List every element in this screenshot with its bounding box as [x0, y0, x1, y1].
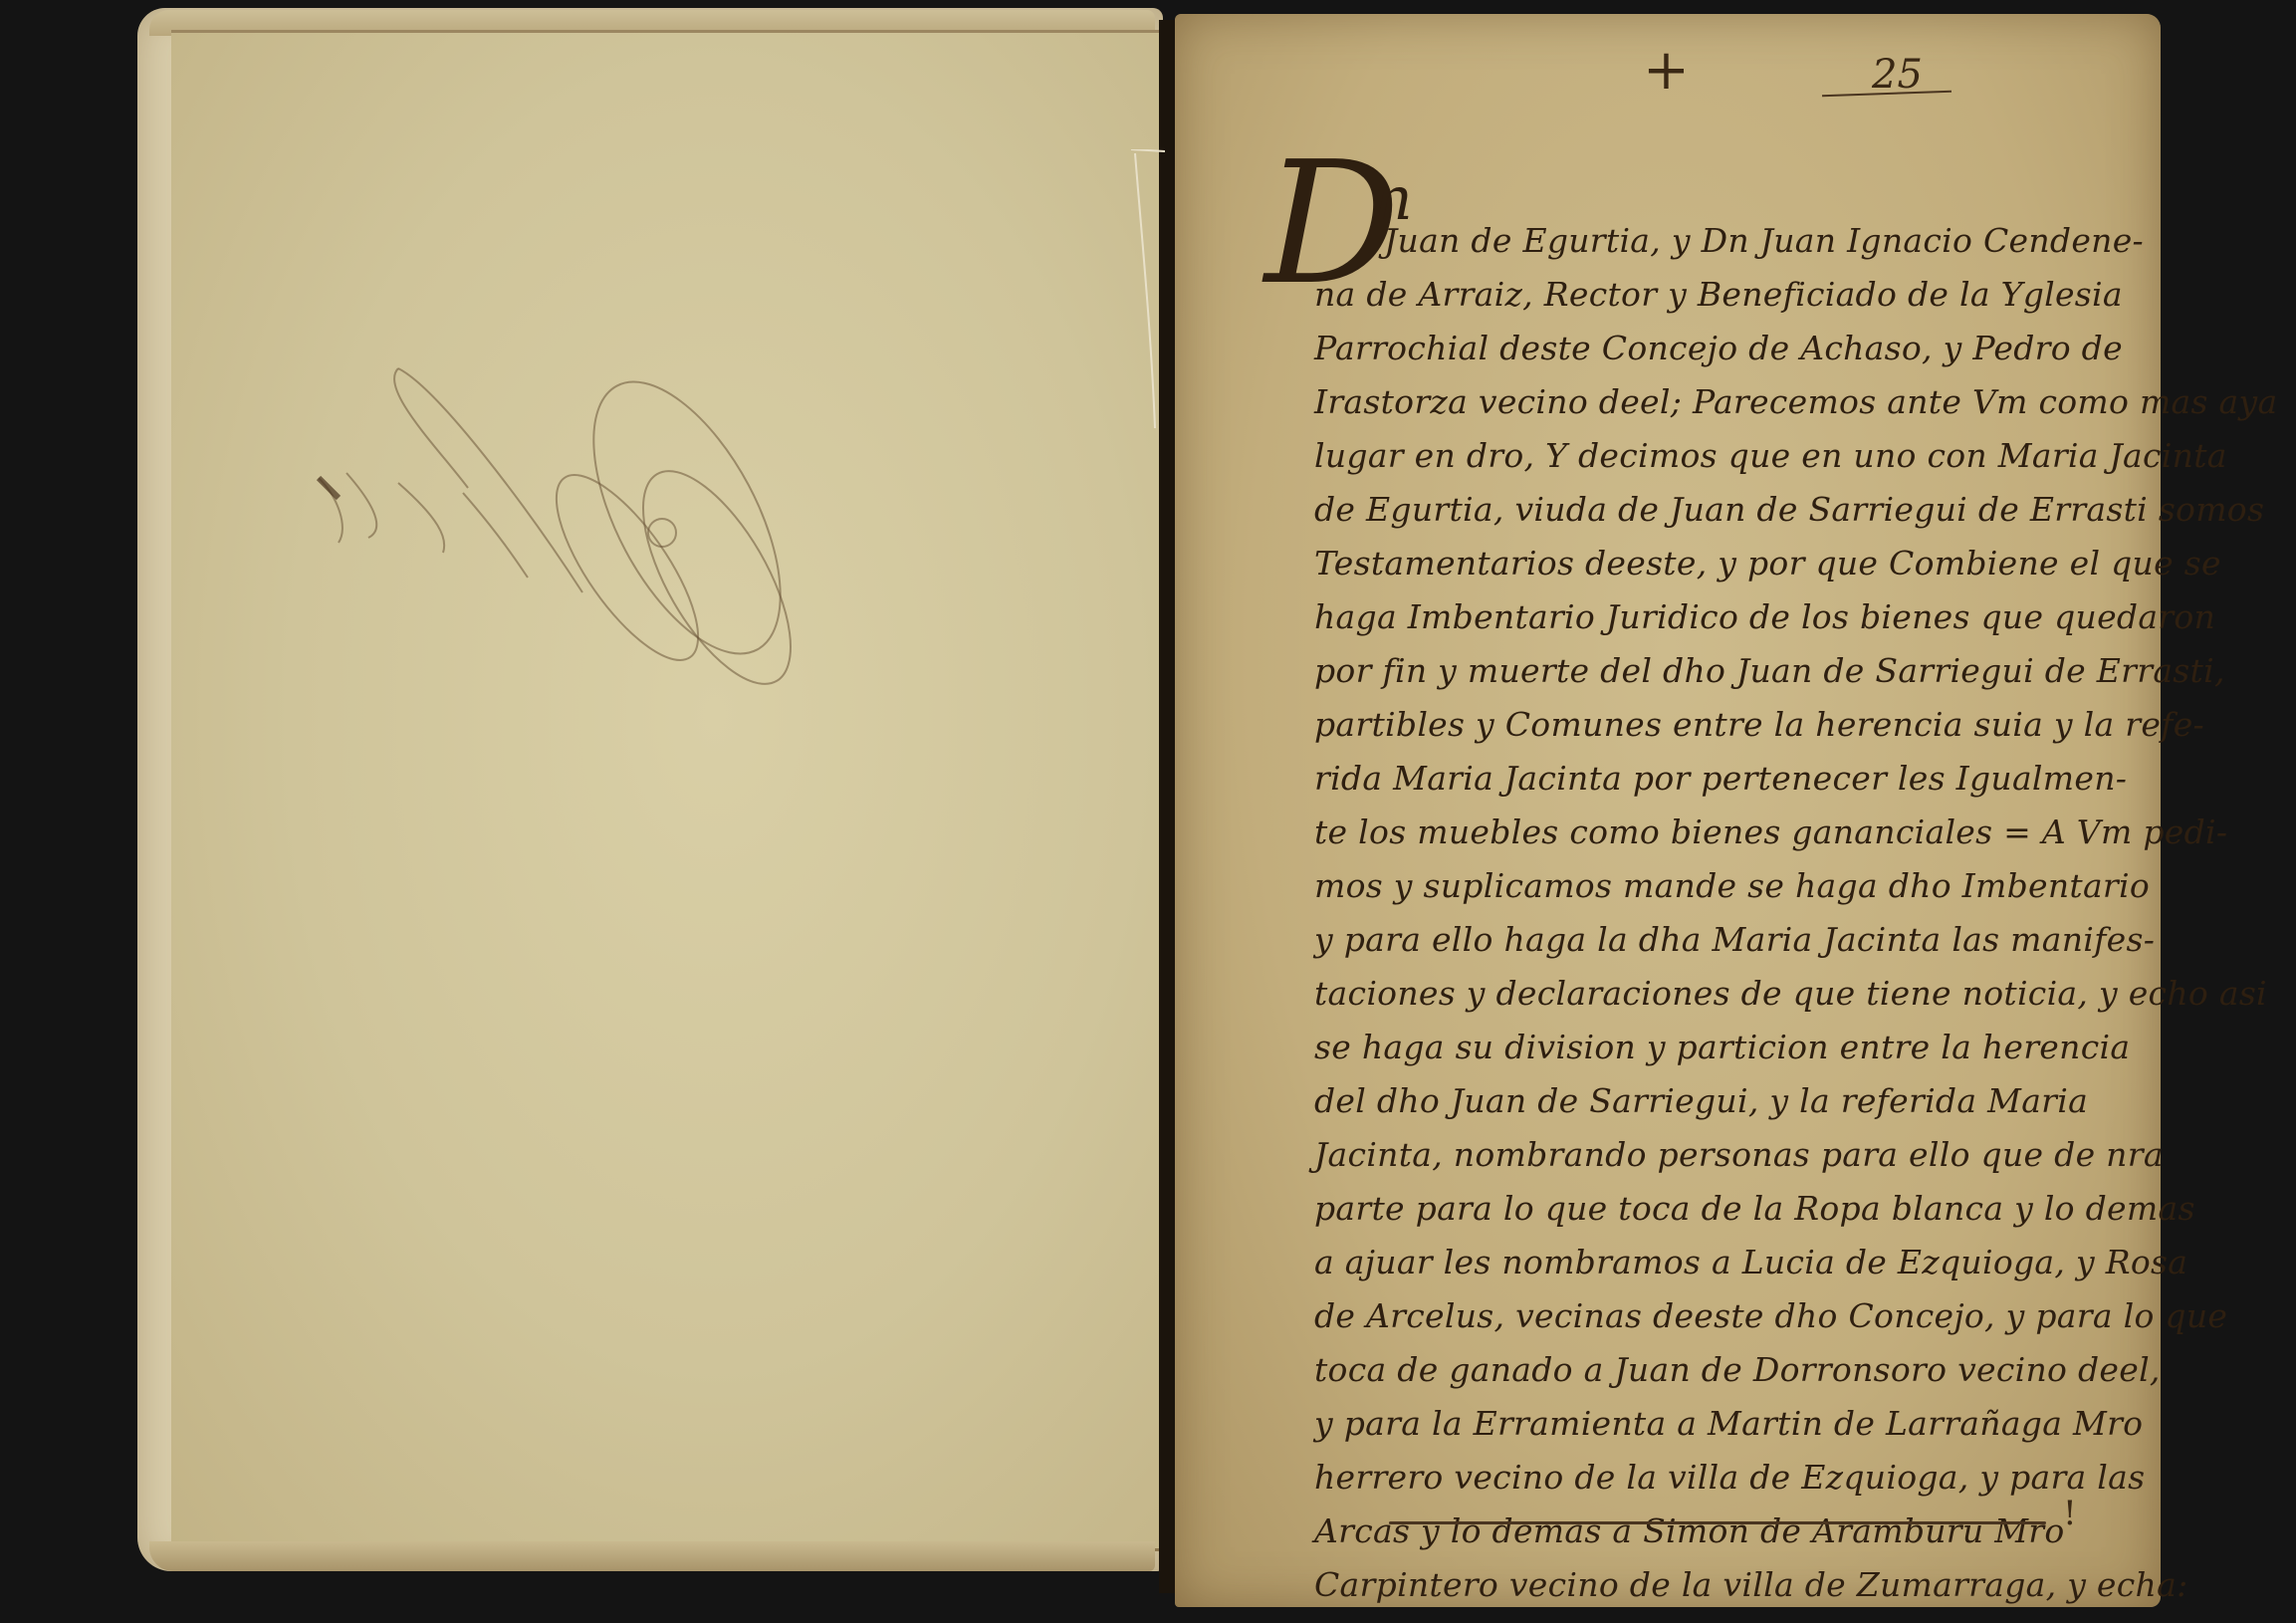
manuscript-line: haga Imbentario Juridico de los bienes q…	[1314, 597, 2215, 636]
manuscript-line: parte para lo que toca de la Ropa blanca…	[1314, 1189, 2195, 1228]
manuscript-line: Testamentarios deeste, y por que Combien…	[1314, 544, 2221, 582]
manuscript-line: del dho Juan de Sarriegui, y la referida…	[1314, 1081, 2088, 1120]
manuscript-line: se haga su division y particion entre la…	[1314, 1028, 2130, 1066]
closing-rule-line	[1389, 1521, 2046, 1524]
left-page-verso	[171, 30, 1160, 1551]
manuscript-line: te los muebles como bienes gananciales =…	[1314, 812, 2227, 851]
manuscript-line: partibles y Comunes entre la herencia su…	[1314, 705, 2204, 744]
manuscript-line: mos y suplicamos mande se haga dho Imben…	[1314, 866, 2150, 905]
manuscript-line: y para ello haga la dha Maria Jacinta la…	[1314, 920, 2155, 959]
manuscript-line: toca de ganado a Juan de Dorronsoro veci…	[1314, 1350, 2161, 1389]
bleed-through-signature-flourish	[299, 329, 1045, 727]
manuscript-line: Carpintero vecino de la villa de Zumarra…	[1314, 1565, 2188, 1604]
document-viewer: + 25 D n Juan de Egurtia, y Dn Juan Igna…	[0, 0, 2296, 1623]
manuscript-line: rida Maria Jacinta por pertenecer les Ig…	[1314, 759, 2127, 798]
manuscript-line: Parrochial deste Concejo de Achaso, y Pe…	[1314, 329, 2123, 367]
manuscript-line: Arcas y lo demas a Simon de Aramburu Mro	[1314, 1511, 2065, 1550]
manuscript-line: Juan de Egurtia, y Dn Juan Ignacio Cende…	[1384, 221, 2144, 260]
manuscript-line: a ajuar les nombramos a Lucia de Ezquiog…	[1314, 1243, 2187, 1281]
manuscript-line: de Egurtia, viuda de Juan de Sarriegui d…	[1314, 490, 2264, 529]
end-mark: !	[2063, 1494, 2077, 1533]
manuscript-line: Irastorza vecino deel; Parecemos ante Vm…	[1314, 382, 2277, 421]
manuscript-line: herrero vecino de la villa de Ezquioga, …	[1314, 1458, 2145, 1497]
left-page-deckle-bottom	[149, 1541, 1155, 1571]
manuscript-line: Jacinta, nombrando personas para ello qu…	[1314, 1135, 2164, 1174]
manuscript-line: de Arcelus, vecinas deeste dho Concejo, …	[1314, 1296, 2227, 1335]
manuscript-line: taciones y declaraciones de que tiene no…	[1314, 974, 2267, 1013]
manuscript-line: y para la Erramienta a Martin de Larraña…	[1314, 1404, 2143, 1443]
manuscript-line: lugar en dro, Y decimos que en uno con M…	[1314, 436, 2227, 475]
manuscript-line: por fin y muerte del dho Juan de Sarrieg…	[1314, 651, 2225, 690]
binding-thread	[1129, 149, 1169, 428]
manuscript-line: na de Arraiz, Rector y Beneficiado de la…	[1314, 275, 2123, 314]
header-cross-mark: +	[1643, 38, 1690, 103]
